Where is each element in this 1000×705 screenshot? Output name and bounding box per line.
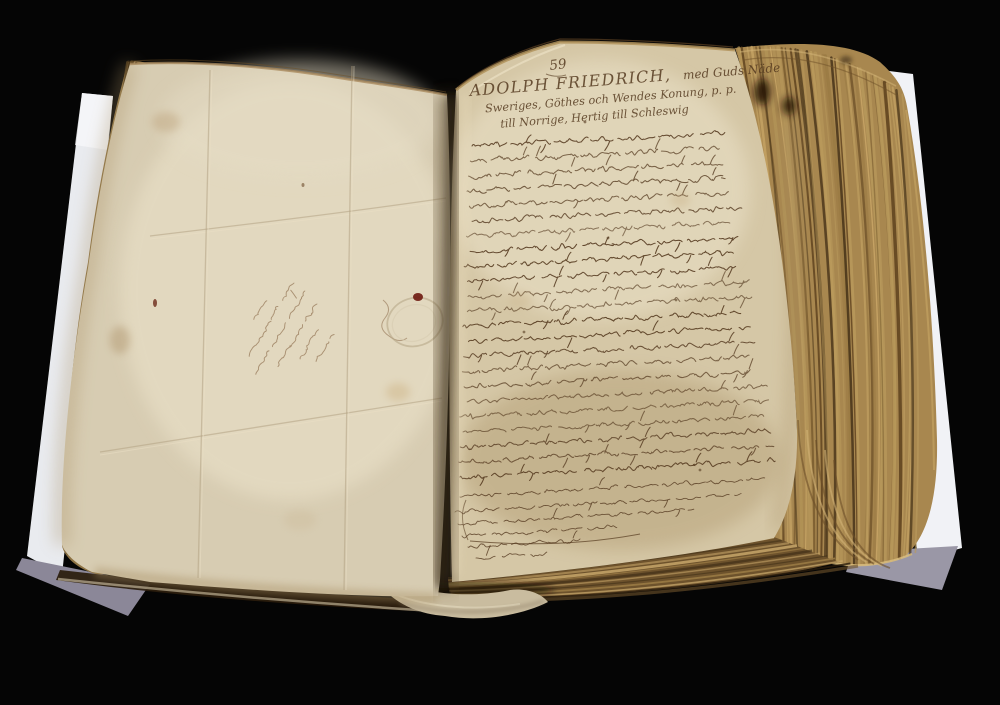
- manuscript-photograph: 59 ADOLPH FRIEDRICH, med Guds Näde Sweri…: [0, 0, 1000, 705]
- left-page: [62, 60, 460, 598]
- page-number: 59: [549, 56, 568, 74]
- book-scene: [16, 39, 962, 618]
- gutter-shadow-overlay: [441, 95, 466, 588]
- wax-trace: [413, 293, 423, 301]
